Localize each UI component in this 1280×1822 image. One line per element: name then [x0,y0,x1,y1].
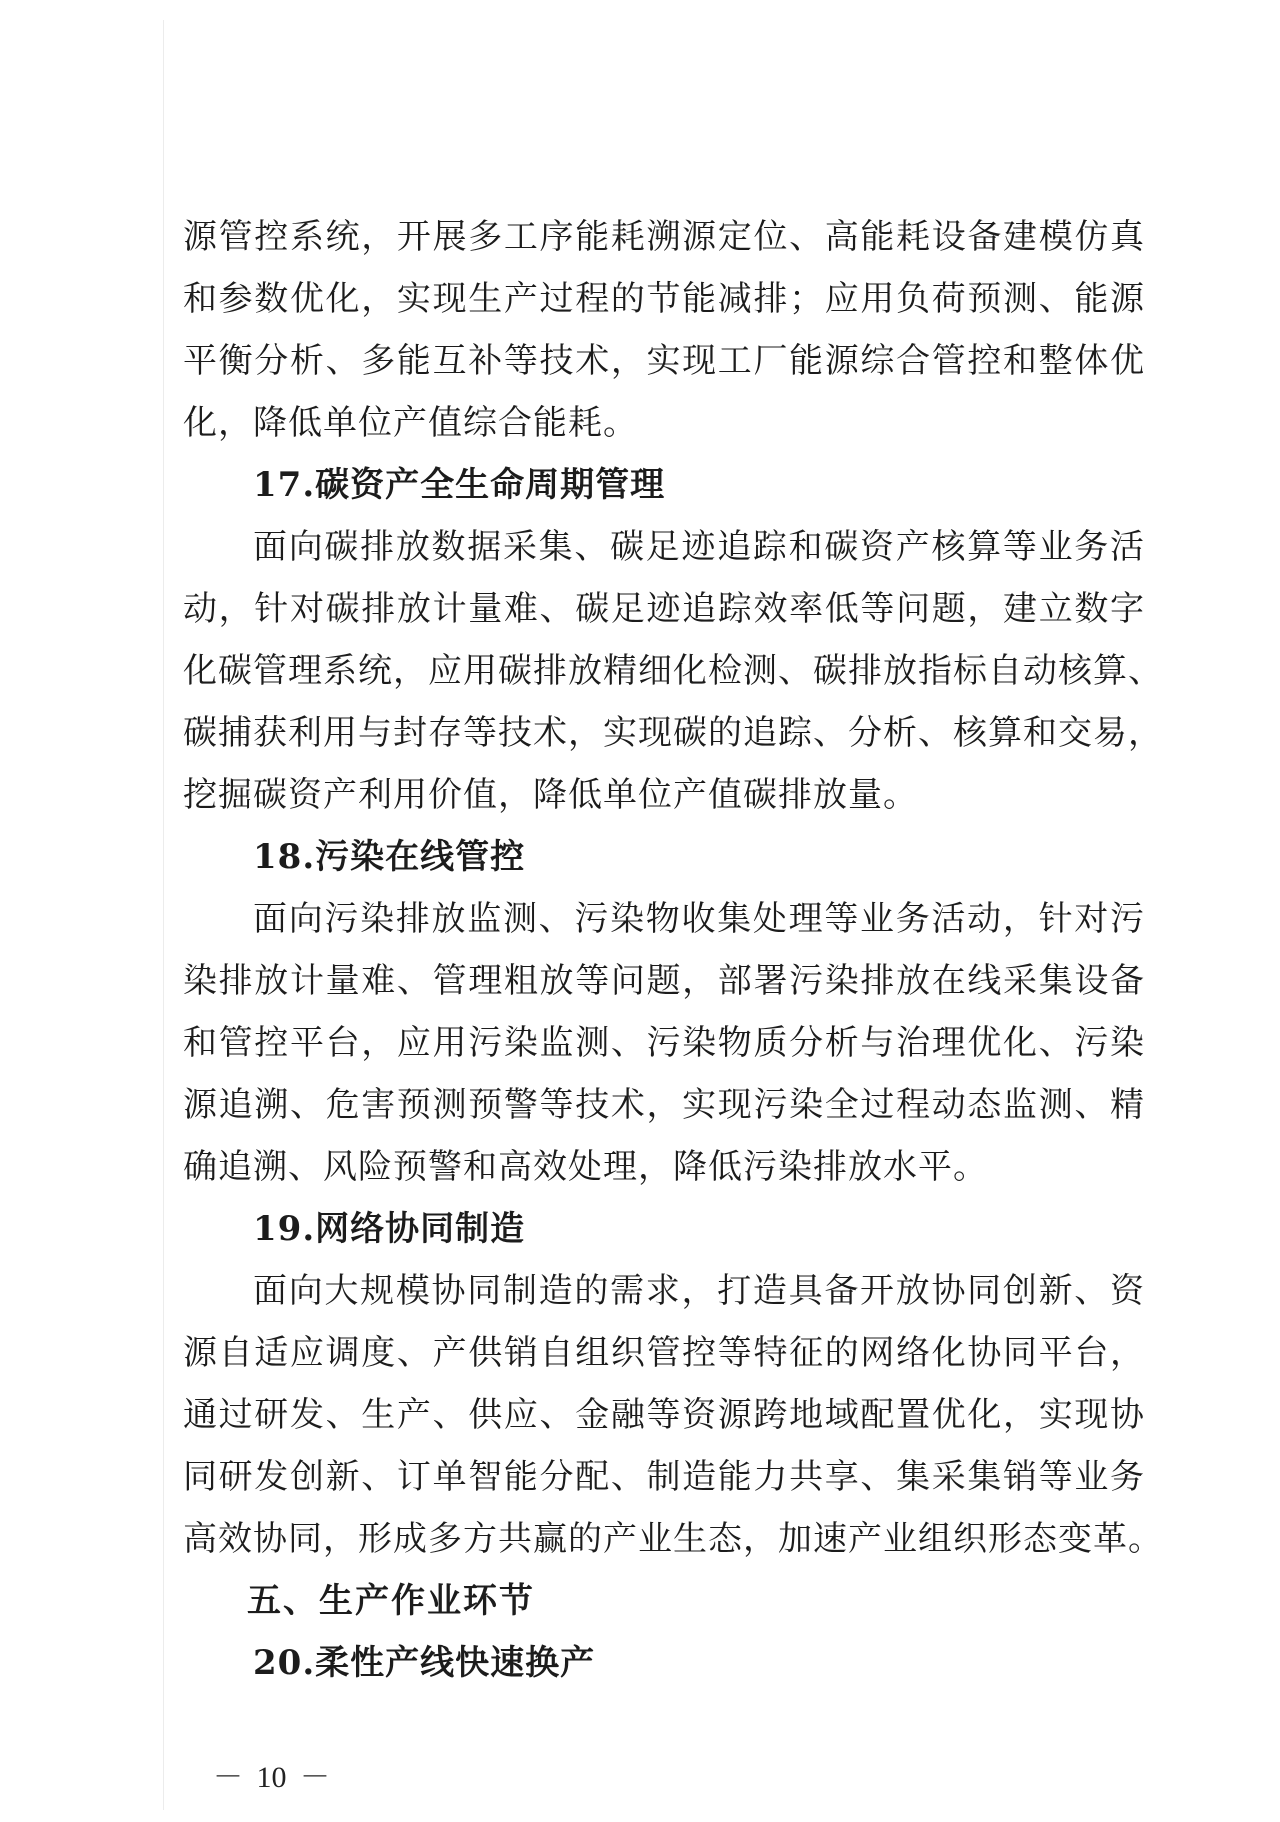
body-line: 碳捕获利用与封存等技术，实现碳的追踪、分析、核算和交易， [183,702,1145,764]
body-line: 确追溯、风险预警和高效处理，降低污染排放水平。 [183,1136,1145,1198]
body-line: 通过研发、生产、供应、金融等资源跨地域配置优化，实现协 [183,1384,1145,1446]
subheading-20: 20.柔性产线快速换产 [183,1632,1145,1694]
body-line: 和参数优化，实现生产过程的节能减排；应用负荷预测、能源 [183,268,1145,330]
subheading-17: 17.碳资产全生命周期管理 [183,454,1145,516]
body-line: 染排放计量难、管理粗放等问题，部署污染排放在线采集设备 [183,950,1145,1012]
paragraph-first-line: 面向大规模协同制造的需求，打造具备开放协同创新、资 [183,1260,1145,1322]
body-line: 化碳管理系统，应用碳排放精细化检测、碳排放指标自动核算、 [183,640,1145,702]
section-heading-5: 五、生产作业环节 [183,1570,1145,1632]
body-line: 源自适应调度、产供销自组织管控等特征的网络化协同平台， [183,1322,1145,1384]
body-line: 和管控平台，应用污染监测、污染物质分析与治理优化、污染 [183,1012,1145,1074]
body-line: 动，针对碳排放计量难、碳足迹追踪效率低等问题，建立数字 [183,578,1145,640]
paragraph-first-line: 面向污染排放监测、污染物收集处理等业务活动，针对污 [183,888,1145,950]
body-line: 平衡分析、多能互补等技术，实现工厂能源综合管控和整体优 [183,330,1145,392]
body-line: 挖掘碳资产利用价值，降低单位产值碳排放量。 [183,764,1145,826]
body-line: 源追溯、危害预测预警等技术，实现污染全过程动态监测、精 [183,1074,1145,1136]
subheading-19: 19.网络协同制造 [183,1198,1145,1260]
document-body: 源管控系统，开展多工序能耗溯源定位、高能耗设备建模仿真 和参数优化，实现生产过程… [183,206,1145,1694]
body-line: 高效协同，形成多方共赢的产业生态，加速产业组织形态变革。 [183,1508,1145,1570]
body-line: 同研发创新、订单智能分配、制造能力共享、集采集销等业务 [183,1446,1145,1508]
paragraph-first-line: 面向碳排放数据采集、碳足迹追踪和碳资产核算等业务活 [183,516,1145,578]
body-line: 化，降低单位产值综合能耗。 [183,392,1145,454]
page-number: － 10 － [213,1752,330,1796]
page-edge-line [163,20,164,1810]
body-line: 源管控系统，开展多工序能耗溯源定位、高能耗设备建模仿真 [183,206,1145,268]
subheading-18: 18.污染在线管控 [183,826,1145,888]
